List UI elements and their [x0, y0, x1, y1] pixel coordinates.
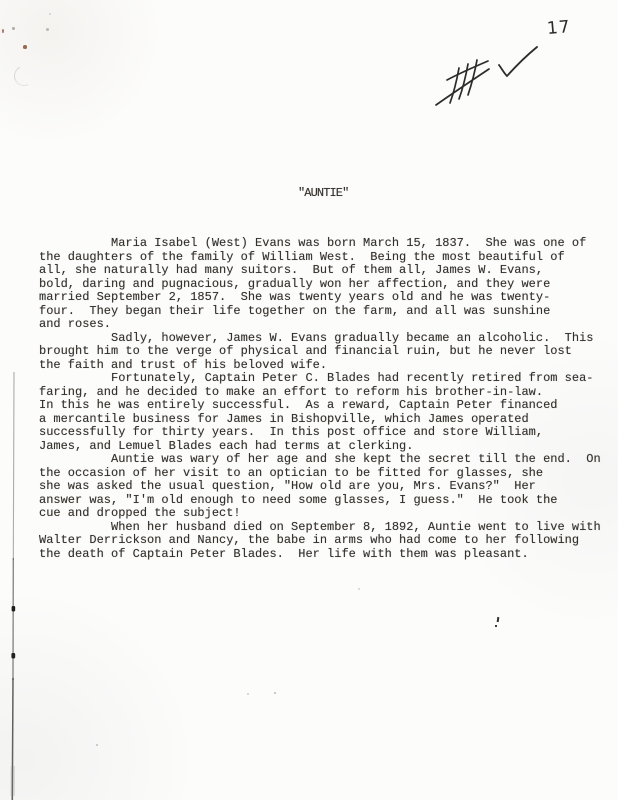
- edge-blob: [12, 606, 16, 612]
- body-text: Maria Isabel (West) Evans was born March…: [39, 237, 601, 561]
- ink-mark: [495, 625, 497, 627]
- dust-speck: [46, 28, 49, 31]
- dust-speck: [358, 588, 360, 590]
- dust-speck: [247, 693, 249, 695]
- edge-blob: [11, 653, 15, 659]
- dust-speck: [96, 744, 98, 746]
- handwritten-marks: [430, 22, 600, 122]
- ink-mark: [497, 617, 499, 622]
- dust-speck: [2, 29, 4, 33]
- page-title: "AUNTIE": [298, 186, 348, 200]
- dust-speck: [23, 45, 27, 49]
- left-edge-scan-line: [0, 368, 30, 800]
- dust-speck: [49, 13, 51, 15]
- document-page: "AUNTIE" Maria Isabel (West) Evans was b…: [0, 0, 618, 800]
- edge-smudge: [11, 766, 16, 796]
- checkmark-icon: [499, 47, 537, 76]
- scan-smudge: [11, 63, 37, 89]
- page-number: 17: [546, 17, 571, 39]
- dust-speck: [274, 692, 276, 694]
- section-mark-iii: [436, 60, 489, 105]
- dust-speck: [12, 27, 15, 30]
